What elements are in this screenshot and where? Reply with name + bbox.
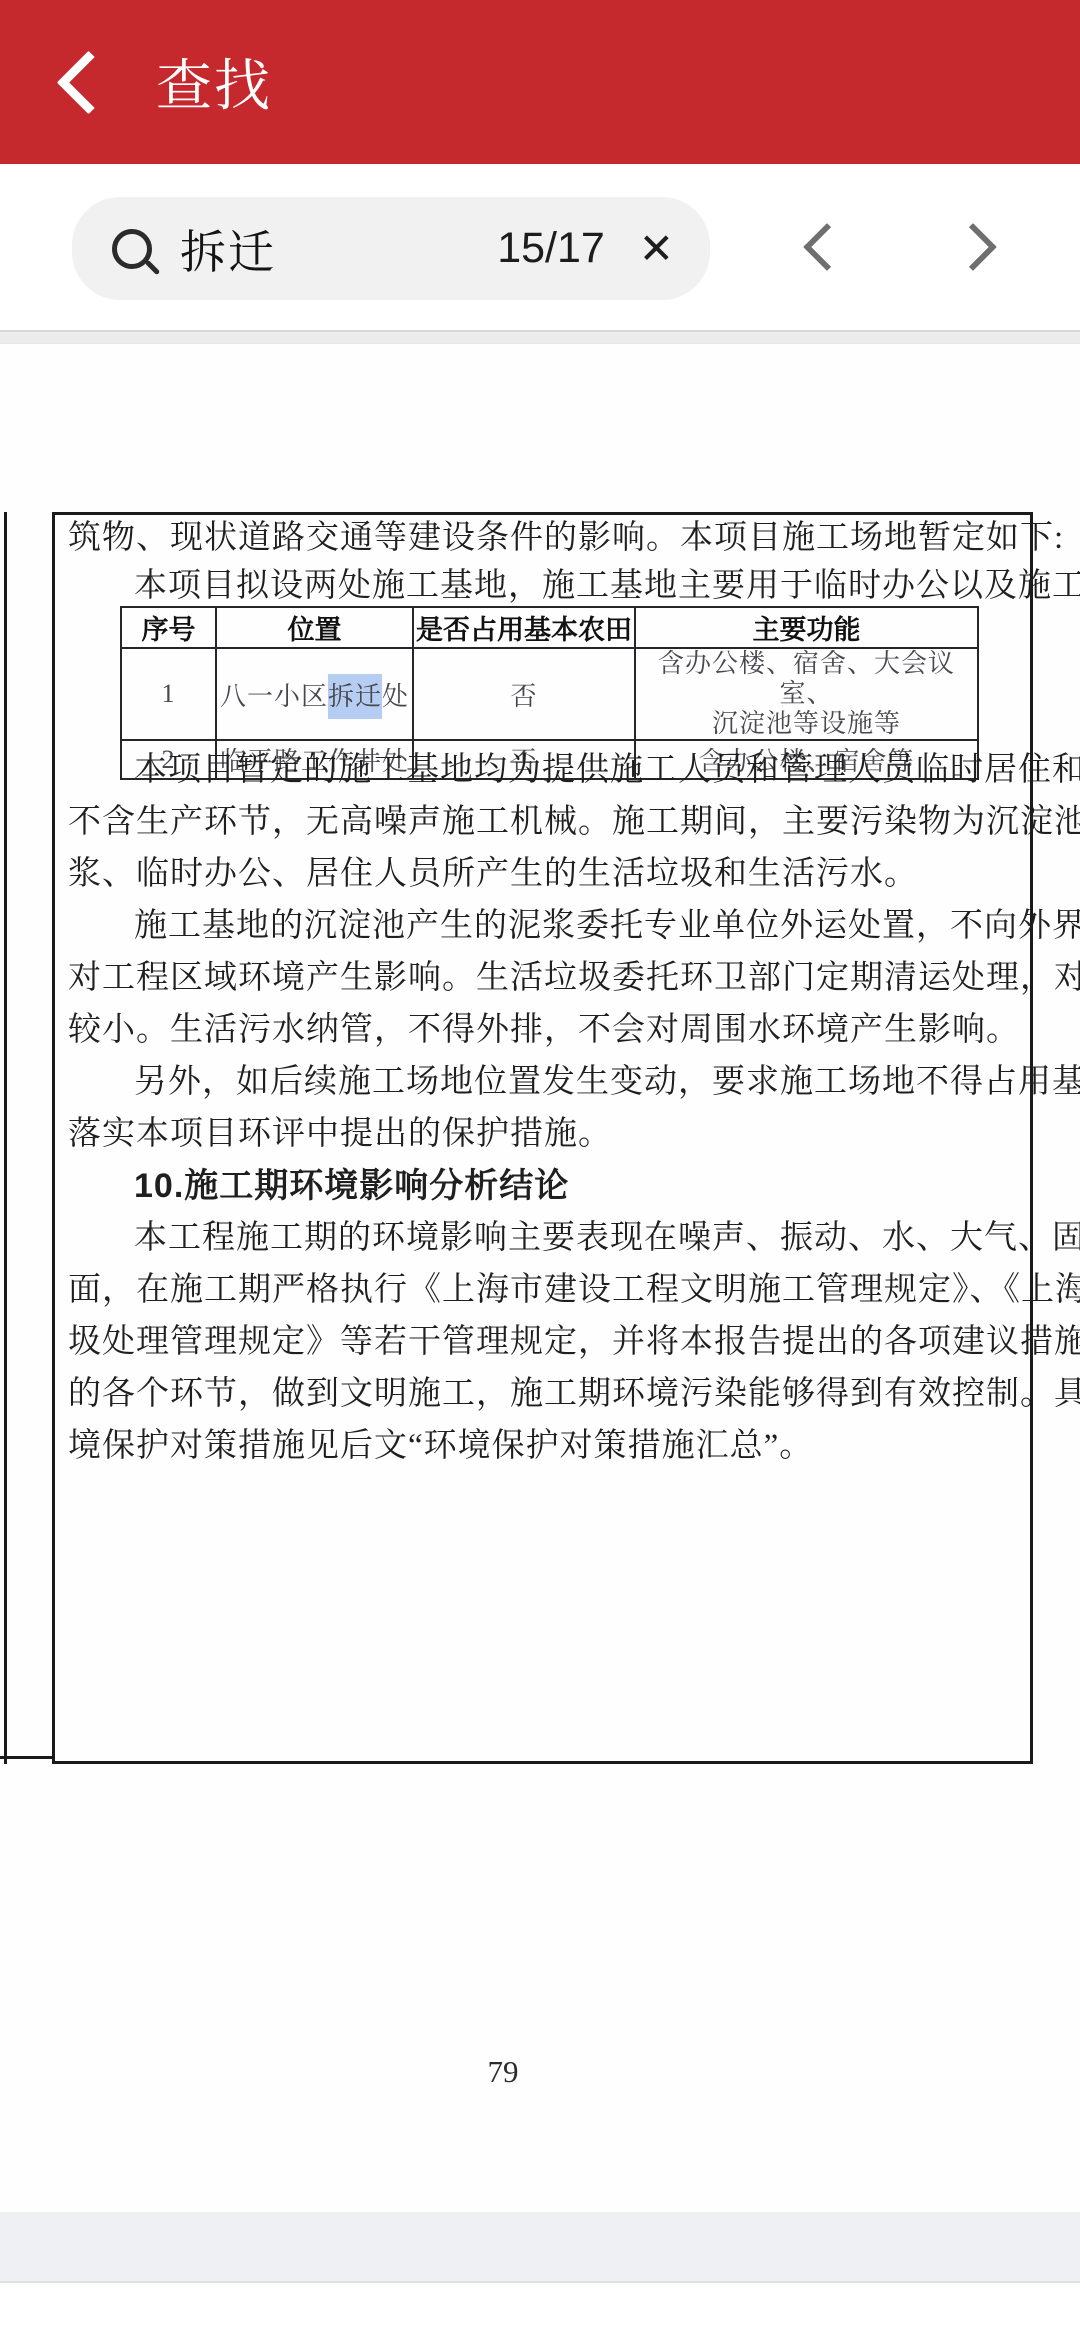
doc-line: 面，在施工期严格执行《上海市建设工程文明施工管理规定》、《上海市建筑垃 bbox=[68, 1264, 1014, 1316]
next-match-button[interactable] bbox=[918, 164, 1028, 330]
cell-no: 1 bbox=[121, 648, 216, 740]
table-row: 1 八一小区拆迁处 否 含办公楼、宿舍、大会议室、 沉淀池等设施等 bbox=[121, 648, 978, 740]
search-query-text[interactable]: 拆迁 bbox=[180, 216, 497, 282]
search-toolbar: 拆迁 15/17 ✕ bbox=[0, 164, 1080, 330]
location-text: 八一小区 bbox=[220, 682, 328, 711]
chevron-right-icon bbox=[949, 223, 997, 271]
document-body-text: 本项目暂定的施工基地均为提供施工人员和管理人员临时居住和办公使用， 不含生产环节… bbox=[68, 744, 1014, 1472]
col-header-function: 主要功能 bbox=[635, 607, 978, 648]
clear-search-icon[interactable]: ✕ bbox=[639, 228, 674, 270]
doc-line: 本工程施工期的环境影响主要表现在噪声、振动、水、大气、固体废物等方 bbox=[68, 1212, 1014, 1264]
col-header-location: 位置 bbox=[216, 607, 413, 648]
search-input[interactable]: 拆迁 15/17 ✕ bbox=[72, 197, 710, 300]
page-table-edge-line bbox=[0, 1756, 52, 1759]
chevron-left-icon bbox=[803, 223, 851, 271]
magnifier-icon bbox=[112, 229, 152, 269]
next-page-top[interactable] bbox=[0, 2283, 1080, 2352]
cell-function: 含办公楼、宿舍、大会议室、 沉淀池等设施等 bbox=[635, 648, 978, 740]
match-counter: 15/17 bbox=[497, 224, 605, 273]
doc-line: 本项目拟设两处施工基地，施工基地主要用于临时办公以及施工人员宿舍。 bbox=[68, 562, 1014, 610]
document-text-top: 筑物、现状道路交通等建设条件的影响。本项目施工场地暂定如下: 本项目拟设两处施工… bbox=[68, 514, 1014, 610]
doc-line: 境保护对策措施见后文“环境保护对策措施汇总”。 bbox=[68, 1420, 1014, 1472]
doc-line: 对工程区域环境产生影响。生活垃圾委托环卫部门定期清运处理，对外环境影响 bbox=[68, 952, 1014, 1004]
doc-line: 施工基地的沉淀池产生的泥浆委托专业单位外运处置，不向外界排放，不会 bbox=[68, 900, 1014, 952]
col-header-no: 序号 bbox=[121, 607, 216, 648]
back-button[interactable] bbox=[58, 47, 118, 117]
toolbar-divider bbox=[0, 330, 1080, 344]
doc-line: 较小。生活污水纳管，不得外排，不会对周围水环境产生影响。 bbox=[68, 1004, 1014, 1056]
function-line: 含办公楼、宿舍、大会议室、 bbox=[636, 649, 977, 709]
cell-location: 八一小区拆迁处 bbox=[216, 648, 413, 740]
doc-line: 另外，如后续施工场地位置发生变动，要求施工场地不得占用基本农田，并 bbox=[68, 1056, 1014, 1108]
doc-line: 本项目暂定的施工基地均为提供施工人员和管理人员临时居住和办公使用， bbox=[68, 744, 1014, 796]
doc-line: 圾处理管理规定》等若干管理规定，并将本报告提出的各项建议措施落实到施工 bbox=[68, 1316, 1014, 1368]
section-heading: 10.施工期环境影响分析结论 bbox=[68, 1160, 1014, 1212]
function-line: 沉淀池等设施等 bbox=[636, 709, 977, 739]
doc-line: 落实本项目环评中提出的保护措施。 bbox=[68, 1108, 1014, 1160]
col-header-farmland: 是否占用基本农田 bbox=[413, 607, 635, 648]
location-text: 处 bbox=[382, 682, 409, 711]
doc-line: 的各个环节，做到文明施工，施工期环境污染能够得到有效控制。具体施工期环 bbox=[68, 1368, 1014, 1420]
table-header-row: 序号 位置 是否占用基本农田 主要功能 bbox=[121, 607, 978, 648]
screen: 查找 拆迁 15/17 ✕ 筑物、现状道路交通等建设条件的影响。本项目施工场地暂… bbox=[0, 0, 1080, 2352]
document-page[interactable]: 筑物、现状道路交通等建设条件的影响。本项目施工场地暂定如下: 本项目拟设两处施工… bbox=[0, 344, 1080, 2212]
page-gap bbox=[0, 2212, 1080, 2283]
search-hit-highlight: 拆迁 bbox=[328, 682, 382, 711]
chevron-left-icon bbox=[56, 50, 120, 114]
previous-match-button[interactable] bbox=[772, 164, 882, 330]
cell-farmland: 否 bbox=[413, 648, 635, 740]
app-header: 查找 bbox=[0, 0, 1080, 164]
page-table-edge-line bbox=[4, 512, 7, 1764]
doc-line: 浆、临时办公、居住人员所产生的生活垃圾和生活污水。 bbox=[68, 848, 1014, 900]
page-number: 79 bbox=[443, 2054, 563, 2090]
doc-line: 筑物、现状道路交通等建设条件的影响。本项目施工场地暂定如下: bbox=[68, 514, 1014, 562]
page-title: 查找 bbox=[156, 42, 272, 122]
doc-line: 不含生产环节，无高噪声施工机械。施工期间，主要污染物为沉淀池所产生的泥 bbox=[68, 796, 1014, 848]
